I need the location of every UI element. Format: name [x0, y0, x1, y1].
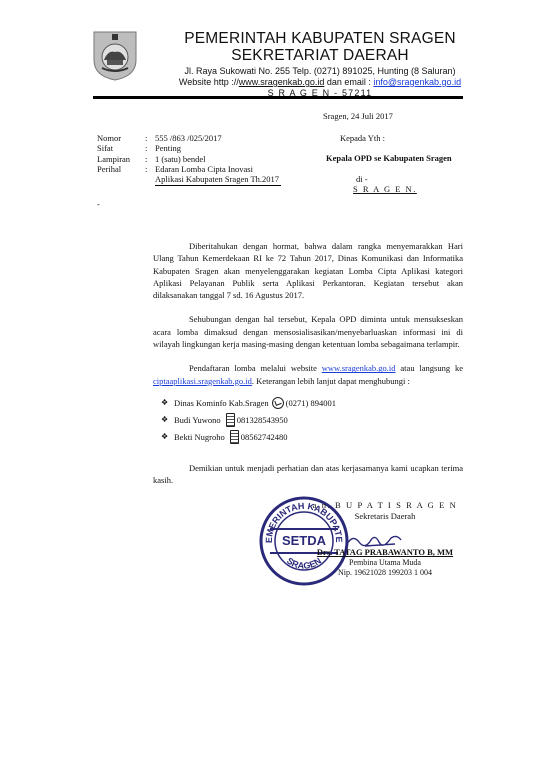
letterhead-address: Jl. Raya Sukowati No. 255 Telp. (0271) 8… — [150, 66, 490, 77]
meta-key: Perihal — [97, 164, 145, 174]
signatory-nip: Nip. 19621028 199203 1 004 — [300, 568, 470, 579]
body-paragraph-2: Sehubungan dengan hal tersebut, Kepala O… — [153, 313, 463, 350]
contact-number: (0271) 894001 — [286, 397, 336, 409]
recipient-name: Kepala OPD se Kabupaten Sragen — [326, 153, 452, 163]
website-prefix: Website http :// — [179, 77, 239, 87]
p3-text: Pendaftaran lomba melalui website — [189, 363, 322, 373]
signatory-on-behalf: a.n. B U P A T I S R A G E N — [300, 500, 470, 511]
recipient-di: di - — [326, 174, 452, 184]
contact-item: ❖Budi Yuwono 081328543950 — [161, 412, 463, 429]
letter-page: PEMERINTAH KABUPATEN SRAGEN SEKRETARIAT … — [0, 0, 550, 777]
letterhead: PEMERINTAH KABUPATEN SRAGEN SEKRETARIAT … — [150, 30, 490, 99]
mobile-phone-icon — [226, 413, 235, 427]
separator-dash: - — [97, 199, 100, 209]
meta-value: Aplikasi Kabupaten Sragen Th.2017 — [155, 174, 281, 186]
meta-colon: : — [145, 154, 155, 164]
contact-number: 081328543950 — [237, 414, 288, 426]
letter-body: Diberitahukan dengan hormat, bahwa dalam… — [153, 240, 463, 499]
meta-colon: : — [145, 164, 155, 174]
meta-row-sifat: Sifat:Penting — [97, 143, 281, 153]
email-link[interactable]: info@sragenkab.go.id — [373, 77, 461, 87]
meta-value: 555 /863 /025/2017 — [155, 133, 222, 143]
recipient-block: Kepada Yth : Kepala OPD se Kabupaten Sra… — [326, 133, 452, 194]
contact-item: ❖Bekti Nugroho 08562742480 — [161, 429, 463, 446]
meta-colon: : — [145, 133, 155, 143]
meta-key: Sifat — [97, 143, 145, 153]
telephone-icon — [272, 397, 284, 409]
meta-value: Edaran Lomba Cipta Inovasi — [155, 164, 253, 174]
contact-item: ❖Dinas Kominfo Kab.Sragen(0271) 894001 — [161, 395, 463, 412]
closing-paragraph: Demikian untuk menjadi perhatian dan ata… — [153, 462, 463, 487]
regency-crest-icon — [92, 30, 138, 82]
body-paragraph-1: Diberitahukan dengan hormat, bahwa dalam… — [153, 240, 463, 301]
letter-date: Sragen, 24 Juli 2017 — [323, 111, 393, 121]
meta-row-perihal: Perihal:Edaran Lomba Cipta Inovasi — [97, 164, 281, 174]
meta-key: Nomor — [97, 133, 145, 143]
signature-block: a.n. B U P A T I S R A G E N Sekretaris … — [300, 500, 470, 579]
signatory-title: Sekretaris Daerah — [300, 511, 470, 522]
recipient-city: S R A G E N. — [326, 184, 452, 194]
bullet-icon: ❖ — [161, 414, 174, 426]
letterhead-government: PEMERINTAH KABUPATEN SRAGEN — [150, 30, 490, 47]
letterhead-contact: Website http ://www.sragenkab.go.id dan … — [150, 77, 490, 88]
meta-row-nomor: Nomor: 555 /863 /025/2017 — [97, 133, 281, 143]
meta-row-lampiran: Lampiran:1 (satu) bendel — [97, 154, 281, 164]
meta-value: Penting — [155, 143, 181, 153]
meta-colon: : — [145, 143, 155, 153]
email-prefix: dan email : — [324, 77, 373, 87]
letterhead-office: SEKRETARIAT DAERAH — [150, 47, 490, 64]
meta-key: Lampiran — [97, 154, 145, 164]
signatory-name: Drs. TATAG PRABAWANTO B, MM — [300, 547, 470, 558]
contact-name: Budi Yuwono — [174, 414, 221, 426]
website-link[interactable]: www.sragenkab.go.id — [239, 77, 325, 87]
recipient-salutation: Kepada Yth : — [326, 133, 452, 143]
p3-text: atau langsung ke — [396, 363, 463, 373]
signatory-rank: Pembina Utama Muda — [300, 558, 470, 569]
registration-link[interactable]: ciptaaplikasi.sragenkab.go.id — [153, 376, 252, 386]
p3-text: . Keterangan lebih lanjut dapat menghubu… — [252, 376, 410, 386]
meta-value: 1 (satu) bendel — [155, 154, 206, 164]
letter-meta: Nomor: 555 /863 /025/2017 Sifat:Penting … — [97, 133, 281, 186]
bullet-icon: ❖ — [161, 431, 174, 443]
contact-name: Dinas Kominfo Kab.Sragen — [174, 397, 269, 409]
letterhead-divider — [93, 96, 463, 99]
meta-perihal-continued: Aplikasi Kabupaten Sragen Th.2017 — [97, 174, 281, 186]
website-link[interactable]: www.sragenkab.go.id — [322, 363, 396, 373]
body-paragraph-3: Pendaftaran lomba melalui website www.sr… — [153, 362, 463, 387]
contact-number: 08562742480 — [241, 431, 288, 443]
mobile-phone-icon — [230, 430, 239, 444]
contact-name: Bekti Nugroho — [174, 431, 225, 443]
contact-list: ❖Dinas Kominfo Kab.Sragen(0271) 894001 ❖… — [161, 395, 463, 446]
bullet-icon: ❖ — [161, 397, 174, 409]
